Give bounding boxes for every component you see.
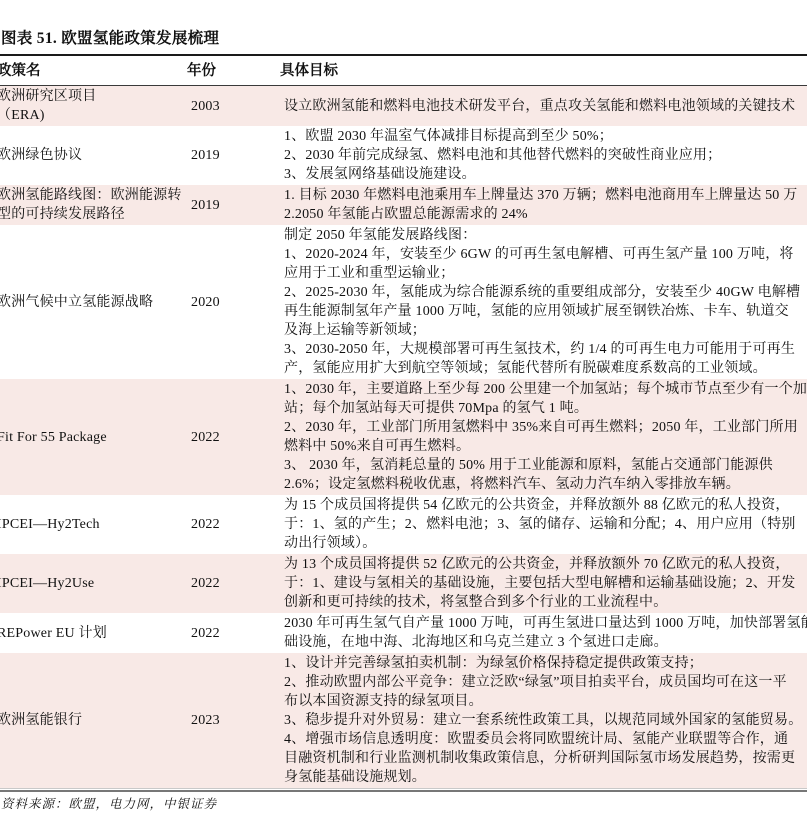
policy-year-cell: 2022: [191, 614, 284, 652]
target-line: 1、2020-2024 年，安装至少 6GW 的可再生氢电解槽、可再生氢产量 1…: [284, 245, 807, 264]
policy-target-cell: 2030 年可再生氢气自产量 1000 万吨，可再生氢进口量达到 1000 万吨…: [284, 614, 807, 652]
policy-year: 2022: [191, 515, 284, 534]
target-line: 制定 2050 年氢能发展路线图：: [284, 226, 807, 245]
table-row: 欧洲绿色协议 2019 1、欧盟 2030 年温室气体减排目标提高到至少 50%…: [0, 126, 807, 185]
policy-year: 2019: [191, 146, 284, 165]
policy-target-cell: 1. 目标 2030 年燃料电池乘用车上牌量达 370 万辆；燃料电池商用车上牌…: [284, 186, 807, 224]
target-line: 1、2030 年，主要道路上至少每 200 公里建一个加氢站；每个城市节点至少有…: [284, 380, 807, 399]
target-line: 2、2025-2030 年，氢能成为综合能源系统的重要组成部分，安装至少 40G…: [284, 283, 807, 302]
target-line: 为 13 个成员国将提供 52 亿欧元的公共资金，并释放额外 70 亿欧元的私人…: [284, 555, 807, 574]
table-row: IPCEI—Hy2Tech 2022 为 15 个成员国将提供 54 亿欧元的公…: [0, 495, 807, 554]
target-line: 设立欧洲氢能和燃料电池技术研发平台，重点攻关氢能和燃料电池领域的关键技术: [284, 97, 807, 116]
policy-year: 2022: [191, 624, 284, 643]
target-line: 1. 目标 2030 年燃料电池乘用车上牌量达 370 万辆；燃料电池商用车上牌…: [284, 186, 807, 205]
policy-year: 2022: [191, 428, 284, 447]
target-line: 3、2030-2050 年，大规模部署可再生氢技术，约 1/4 的可再生电力可能…: [284, 340, 807, 359]
policy-year-cell: 2023: [191, 654, 284, 787]
policy-year: 2023: [191, 711, 284, 730]
figure-page: 图表 51. 欧盟氢能政策发展梳理 政策名 年份 具体目标 欧洲研究区项目（ER…: [0, 0, 807, 814]
figure-title: 图表 51. 欧盟氢能政策发展梳理: [0, 28, 807, 49]
policy-name-line: 欧洲研究区项目: [0, 87, 187, 106]
policy-year-cell: 2020: [191, 226, 284, 378]
policy-name-line: 欧洲绿色协议: [0, 146, 187, 165]
table-header-row: 政策名 年份 具体目标: [0, 56, 807, 85]
target-line: 4、增强市场信息透明度：欧盟委员会将同欧盟统计局、氢能产业联盟等合作，通: [284, 730, 807, 749]
target-line: 2、2030 年前完成绿氢、燃料电池和其他替代燃料的突破性商业应用；: [284, 146, 807, 165]
policy-name-cell: 欧洲气候中立氢能源战略: [0, 226, 191, 378]
table-row: 欧洲气候中立氢能源战略 2020 制定 2050 年氢能发展路线图：1、2020…: [0, 225, 807, 379]
target-line: 为 15 个成员国将提供 54 亿欧元的公共资金，并释放额外 88 亿欧元的私人…: [284, 496, 807, 515]
policy-year: 2019: [191, 196, 284, 215]
target-line: 于：1、氢的产生；2、燃料电池；3、氢的储存、运输和分配；4、用户应用（特别: [284, 515, 807, 534]
policy-name-line: （ERA): [0, 106, 187, 125]
target-line: 及海上运输等新领域；: [284, 321, 807, 340]
table-row: 欧洲氢能路线图：欧洲能源转型的可持续发展路径 2019 1. 目标 2030 年…: [0, 185, 807, 225]
table-row: 欧洲研究区项目（ERA) 2003 设立欧洲氢能和燃料电池技术研发平台，重点攻关…: [0, 86, 807, 126]
policy-year-cell: 2022: [191, 496, 284, 553]
table-bottom-rule: [0, 788, 807, 792]
target-line: 1、欧盟 2030 年温室气体减排目标提高到至少 50%；: [284, 127, 807, 146]
header-policy-name: 政策名: [0, 62, 187, 81]
policy-target-cell: 为 15 个成员国将提供 54 亿欧元的公共资金，并释放额外 88 亿欧元的私人…: [284, 496, 807, 553]
target-line: 1、设计并完善绿氢拍卖机制：为绿氢价格保持稳定提供政策支持；: [284, 654, 807, 673]
policy-table: 政策名 年份 具体目标 欧洲研究区项目（ERA) 2003 设立欧洲氢能和燃料电…: [0, 56, 807, 792]
target-line: 3、稳步提升对外贸易：建立一套系统性政策工具，以规范同域外国家的氢能贸易。: [284, 711, 807, 730]
policy-name-cell: IPCEI—Hy2Use: [0, 555, 191, 612]
policy-target-cell: 1、2030 年，主要道路上至少每 200 公里建一个加氢站；每个城市节点至少有…: [284, 380, 807, 494]
target-line: 3、发展氢网络基础设施建设。: [284, 165, 807, 184]
policy-name-cell: REPower EU 计划: [0, 614, 191, 652]
policy-year-cell: 2019: [191, 127, 284, 184]
policy-year-cell: 2003: [191, 87, 284, 125]
policy-name-cell: IPCEI—Hy2Tech: [0, 496, 191, 553]
target-line: 产，氢能应用扩大到航空等领域；氢能代替所有脱碳难度系数高的工业领域。: [284, 359, 807, 378]
target-line: 再生能源制氢年产量 1000 万吨，氢能的应用领域扩展至钢铁冶炼、卡车、轨道交: [284, 302, 807, 321]
table-row: Fit For 55 Package 2022 1、2030 年，主要道路上至少…: [0, 379, 807, 495]
header-target: 具体目标: [280, 62, 807, 81]
policy-year: 2022: [191, 574, 284, 593]
policy-name-line: IPCEI—Hy2Tech: [0, 515, 187, 534]
table-row: 欧洲氢能银行 2023 1、设计并完善绿氢拍卖机制：为绿氢价格保持稳定提供政策支…: [0, 653, 807, 788]
target-line: 燃料中 50%来自可再生燃料。: [284, 437, 807, 456]
policy-target-cell: 1、欧盟 2030 年温室气体减排目标提高到至少 50%；2、2030 年前完成…: [284, 127, 807, 184]
policy-year: 2003: [191, 97, 284, 116]
table-body: 欧洲研究区项目（ERA) 2003 设立欧洲氢能和燃料电池技术研发平台，重点攻关…: [0, 86, 807, 788]
policy-name-cell: Fit For 55 Package: [0, 380, 191, 494]
target-line: 站；每个加氢站每天可提供 70Mpa 的氢气 1 吨。: [284, 399, 807, 418]
policy-name-line: REPower EU 计划: [0, 624, 187, 643]
policy-year: 2020: [191, 293, 284, 312]
policy-name-cell: 欧洲研究区项目（ERA): [0, 87, 191, 125]
policy-target-cell: 设立欧洲氢能和燃料电池技术研发平台，重点攻关氢能和燃料电池领域的关键技术: [284, 87, 807, 125]
policy-name-line: 型的可持续发展路径: [0, 205, 187, 224]
target-line: 应用于工业和重型运输业；: [284, 264, 807, 283]
policy-name-cell: 欧洲氢能银行: [0, 654, 191, 787]
policy-name-cell: 欧洲绿色协议: [0, 127, 191, 184]
target-line: 2.2050 年氢能占欧盟总能源需求的 24%: [284, 205, 807, 224]
policy-name-cell: 欧洲氢能路线图：欧洲能源转型的可持续发展路径: [0, 186, 191, 224]
target-line: 目融资机制和行业监测机制收集政策信息，分析研判国际氢市场发展趋势，按需更: [284, 749, 807, 768]
policy-target-cell: 为 13 个成员国将提供 52 亿欧元的公共资金，并释放额外 70 亿欧元的私人…: [284, 555, 807, 612]
target-line: 于：1、建设与氢相关的基础设施，主要包括大型电解槽和运输基础设施；2、开发: [284, 574, 807, 593]
target-line: 布以本国资源支持的绿氢项目。: [284, 692, 807, 711]
policy-year-cell: 2022: [191, 380, 284, 494]
target-line: 2、2030 年，工业部门所用氢燃料中 35%来自可再生燃料；2050 年，工业…: [284, 418, 807, 437]
target-line: 动出行领域）。: [284, 534, 807, 553]
target-line: 2030 年可再生氢气自产量 1000 万吨，可再生氢进口量达到 1000 万吨…: [284, 614, 807, 633]
policy-name-line: 欧洲氢能银行: [0, 711, 187, 730]
policy-year-cell: 2019: [191, 186, 284, 224]
policy-name-line: 欧洲气候中立氢能源战略: [0, 293, 187, 312]
policy-target-cell: 制定 2050 年氢能发展路线图：1、2020-2024 年，安装至少 6GW …: [284, 226, 807, 378]
target-line: 身氢能基础设施规划。: [284, 768, 807, 787]
policy-name-line: IPCEI—Hy2Use: [0, 574, 187, 593]
target-line: 础设施，在地中海、北海地区和乌克兰建立 3 个氢进口走廊。: [284, 633, 807, 652]
policy-year-cell: 2022: [191, 555, 284, 612]
target-line: 2、推动欧盟内部公平竞争：建立泛欧“绿氢”项目拍卖平台，成员国均可在这一平: [284, 673, 807, 692]
policy-name-line: 欧洲氢能路线图：欧洲能源转: [0, 186, 187, 205]
target-line: 2.6%；设定氢燃料税收优惠，将燃料汽车、氢动力汽车纳入零排放车辆。: [284, 475, 807, 494]
header-year: 年份: [187, 62, 280, 81]
table-row: IPCEI—Hy2Use 2022 为 13 个成员国将提供 52 亿欧元的公共…: [0, 554, 807, 613]
table-row: REPower EU 计划 2022 2030 年可再生氢气自产量 1000 万…: [0, 613, 807, 653]
source-note: 资料来源：欧盟，电力网，中银证券: [0, 796, 807, 813]
policy-target-cell: 1、设计并完善绿氢拍卖机制：为绿氢价格保持稳定提供政策支持；2、推动欧盟内部公平…: [284, 654, 807, 787]
target-line: 3、 2030 年，氢消耗总量的 50% 用于工业能源和原料，氢能占交通部门能源…: [284, 456, 807, 475]
policy-name-line: Fit For 55 Package: [0, 428, 187, 447]
target-line: 创新和更可持续的技术，将氢整合到多个行业的工业流程中。: [284, 593, 807, 612]
